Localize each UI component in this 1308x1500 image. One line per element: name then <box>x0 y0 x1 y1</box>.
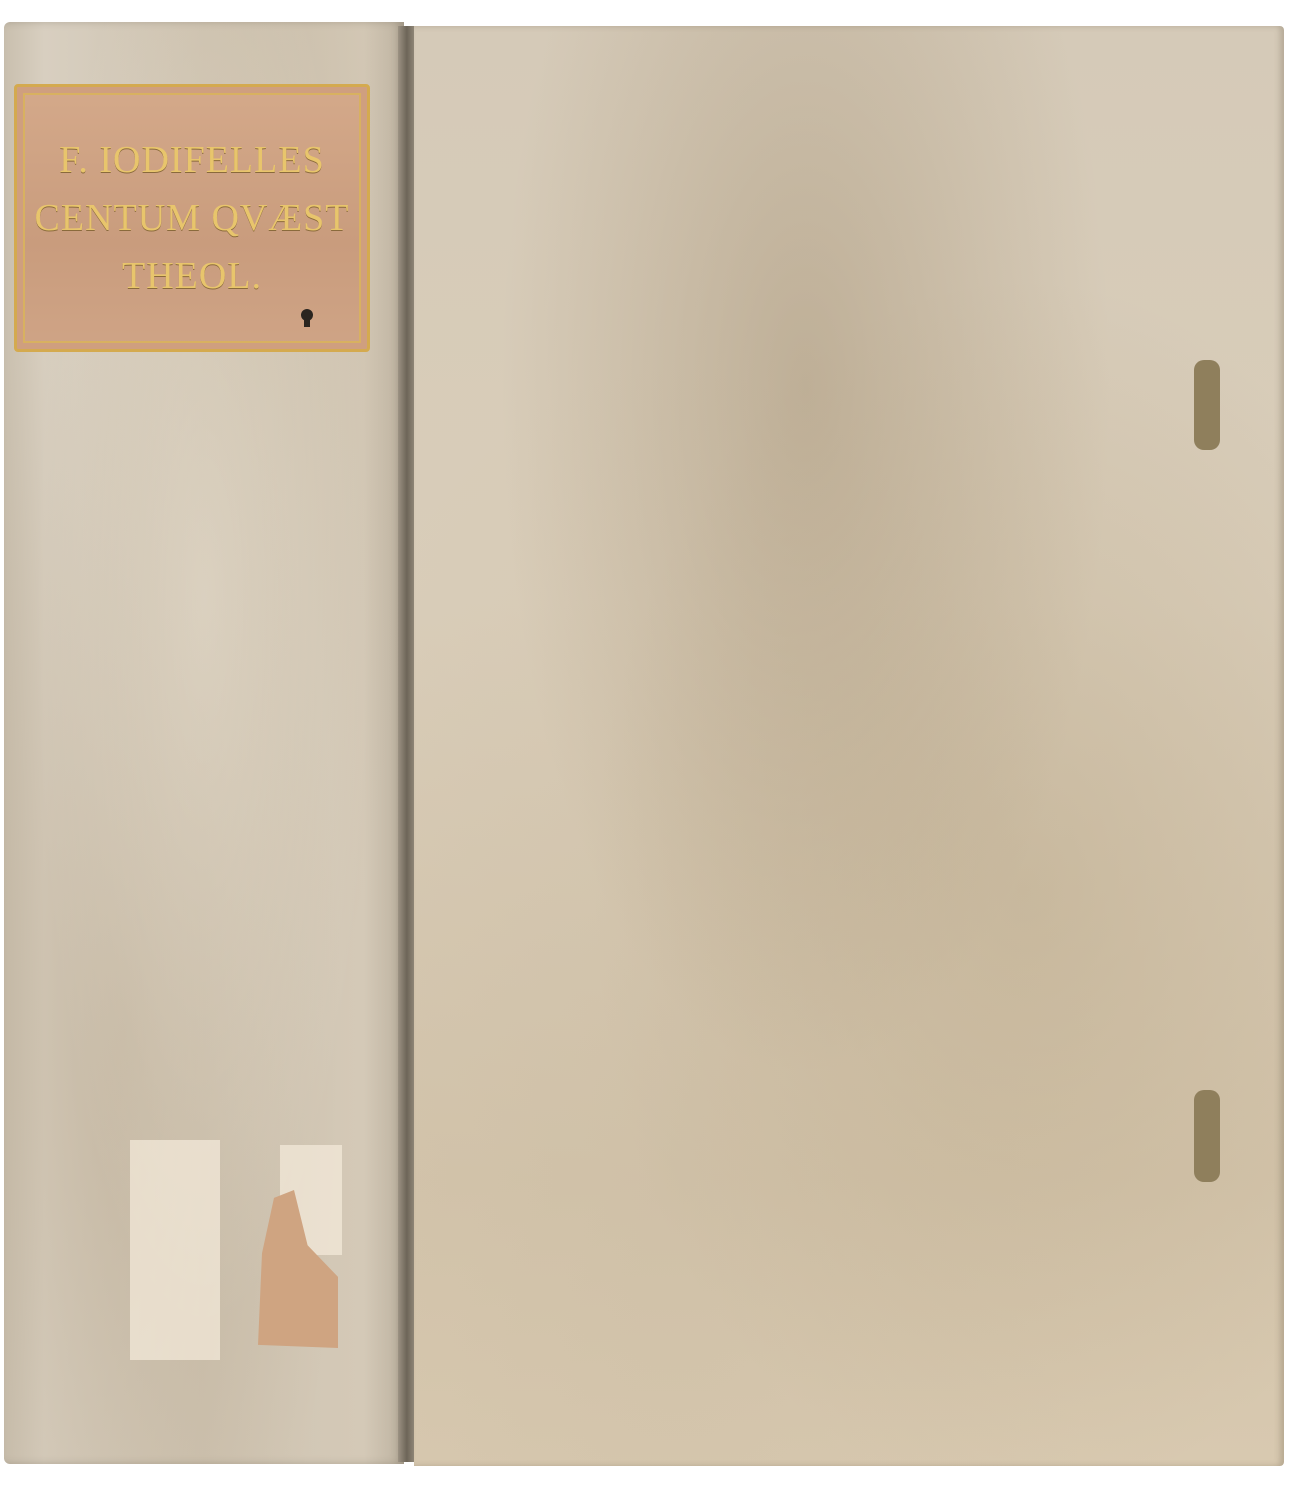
clasp-mark-top <box>1194 360 1220 450</box>
front-cover <box>414 26 1284 1466</box>
label-line-title: CENTUM QVÆST <box>35 196 350 240</box>
clasp-mark-bottom <box>1194 1090 1220 1182</box>
label-line-subject: THEOL. <box>122 254 262 298</box>
label-line-author: F. IODIFELLES <box>59 138 324 182</box>
wormhole <box>301 309 313 321</box>
book-photo: F. IODIFELLES CENTUM QVÆST THEOL. <box>0 0 1308 1500</box>
worn-patch <box>130 1140 220 1360</box>
spine-title-label: F. IODIFELLES CENTUM QVÆST THEOL. <box>14 84 370 352</box>
